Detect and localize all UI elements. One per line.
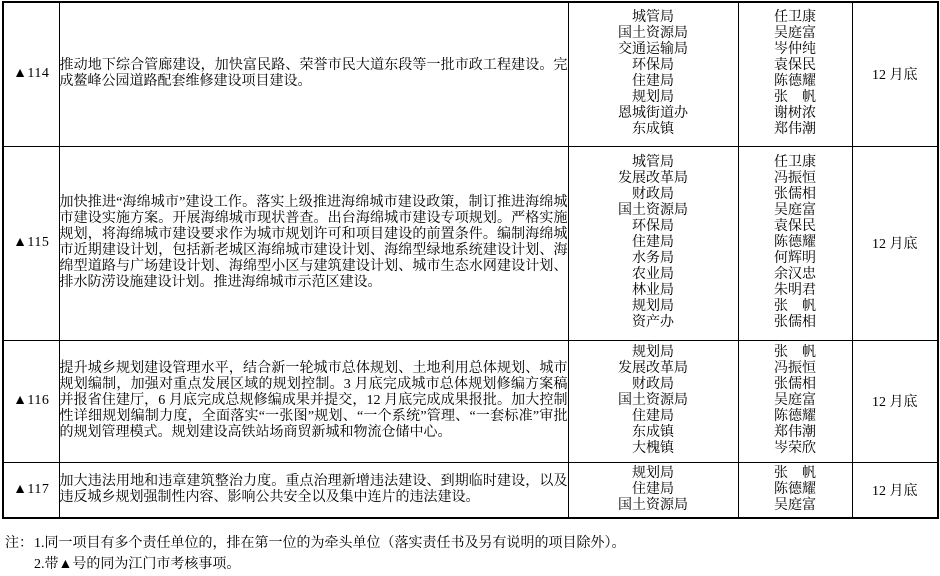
note-label: 注： <box>5 533 33 554</box>
responsible-departments: 规划局 住建局 国土资源局 <box>568 462 738 518</box>
item-number: ▲117 <box>3 462 59 518</box>
table-row: ▲116 提升城乡规划建设管理水平，结合新一轮城市总体规划、土地利用总体规划、城… <box>3 340 938 462</box>
responsible-persons: 张 帆 陈德耀 吴庭富 <box>738 462 852 518</box>
item-number: ▲116 <box>3 340 59 462</box>
responsible-departments: 规划局 发展改革局 财政局 国土资源局 住建局 东成镇 大槐镇 <box>568 340 738 462</box>
note-line: 1.同一项目有多个责任单位的，排在第一位的为牵头单位（落实责任书及另有说明的项目… <box>34 533 626 554</box>
note-line: 2.带▲号的同为江门市考核事项。 <box>34 554 626 575</box>
task-description: 加大违法用地和违章建筑整治力度。重点治理新增违法建设、到期临时建设，以及违反城乡… <box>59 462 568 518</box>
document-page: ▲114 推动地下综合管廊建设，加快富民路、荣誉市民大道东段等一批市政工程建设。… <box>0 0 940 576</box>
deadline: 12 月底 <box>852 2 938 146</box>
responsible-departments: 城管局 发展改革局 财政局 国土资源局 环保局 住建局 水务局 农业局 林业局 … <box>568 146 738 340</box>
deadline: 12 月底 <box>852 462 938 518</box>
table-row: ▲117 加大违法用地和违章建筑整治力度。重点治理新增违法建设、到期临时建设，以… <box>3 462 938 518</box>
notes: 注： 1.同一项目有多个责任单位的，排在第一位的为牵头单位（落实责任书及另有说明… <box>5 533 626 575</box>
table-row: ▲115 加快推进“海绵城市”建设工作。落实上级推进海绵城市建设政策，制订推进海… <box>3 146 938 340</box>
responsible-persons: 任卫康 冯振恒 张儒相 吴庭富 袁保民 陈德耀 何辉明 余汉忠 朱明君 张 帆 … <box>738 146 852 340</box>
task-description: 推动地下综合管廊建设，加快富民路、荣誉市民大道东段等一批市政工程建设。完成鳌峰公… <box>59 2 568 146</box>
responsible-persons: 张 帆 冯振恒 张儒相 吴庭富 陈德耀 郑伟潮 岑荣欣 <box>738 340 852 462</box>
table-row: ▲114 推动地下综合管廊建设，加快富民路、荣誉市民大道东段等一批市政工程建设。… <box>3 2 938 146</box>
item-number: ▲115 <box>3 146 59 340</box>
responsible-persons: 任卫康 吴庭富 岑仲纯 袁保民 陈德耀 张 帆 谢树浓 郑伟潮 <box>738 2 852 146</box>
deadline: 12 月底 <box>852 340 938 462</box>
task-description: 加快推进“海绵城市”建设工作。落实上级推进海绵城市建设政策，制订推进海绵城市建设… <box>59 146 568 340</box>
deadline: 12 月底 <box>852 146 938 340</box>
responsible-departments: 城管局 国土资源局 交通运输局 环保局 住建局 规划局 恩城街道办 东成镇 <box>568 2 738 146</box>
task-description: 提升城乡规划建设管理水平，结合新一轮城市总体规划、土地利用总体规划、城市规划编制… <box>59 340 568 462</box>
task-table: ▲114 推动地下综合管廊建设，加快富民路、荣誉市民大道东段等一批市政工程建设。… <box>2 1 939 519</box>
item-number: ▲114 <box>3 2 59 146</box>
